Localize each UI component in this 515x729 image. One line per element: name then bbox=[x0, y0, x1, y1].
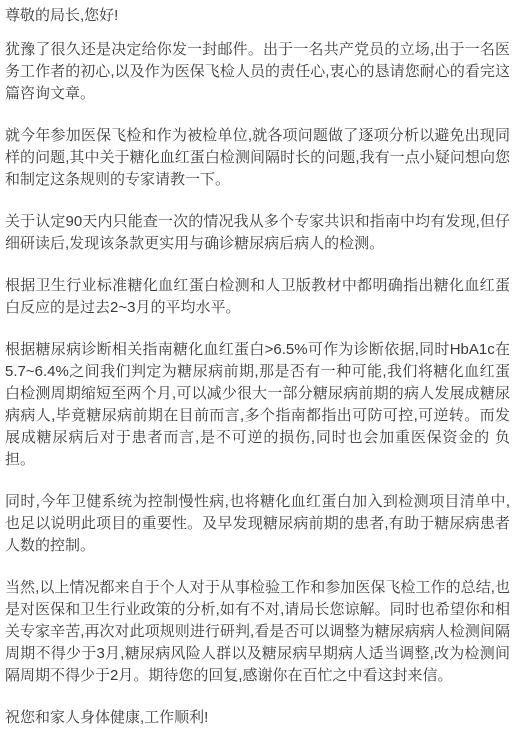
letter-salutation: 尊敬的局长,您好! bbox=[5, 5, 510, 27]
letter-closing-wish: 祝您和家人身体健康,工作顺利! bbox=[5, 707, 510, 729]
paragraph-90-day-rule: 关于认定90天内只能查一次的情况我从多个专家共识和指南中均有发现,但仔细研读后,… bbox=[5, 211, 510, 255]
paragraph-health-system-list: 同时,今年卫健系统为控制慢性病,也将糖化血红蛋白加入到检测项目清单中,也足以说明… bbox=[5, 491, 510, 557]
paragraph-hba1c-proposal: 根据糖尿病诊断相关指南糖化血红蛋白>6.5%可作为诊断依据,同时HbA1c在5.… bbox=[5, 339, 510, 471]
paragraph-summary-request: 当然,以上情况都来自于个人对于从事检验工作和参加医保飞检工作的总结,也是对医保和… bbox=[5, 577, 510, 687]
letter-document: 尊敬的局长,您好! 犹豫了很久还是决定给你发一封邮件。出于一名共产党员的立场,出… bbox=[0, 0, 515, 729]
paragraph-industry-standard: 根据卫生行业标准糖化血红蛋白检测和人卫版教材中都明确指出糖化血红蛋白反应的是过去… bbox=[5, 275, 510, 319]
paragraph-intro-motivation: 犹豫了很久还是决定给你发一封邮件。出于一名共产党员的立场,出于一名医务工作者的初… bbox=[5, 39, 510, 105]
paragraph-inspection-question: 就今年参加医保飞检和作为被检单位,就各项问题做了逐项分析以避免出现同样的问题,其… bbox=[5, 125, 510, 191]
